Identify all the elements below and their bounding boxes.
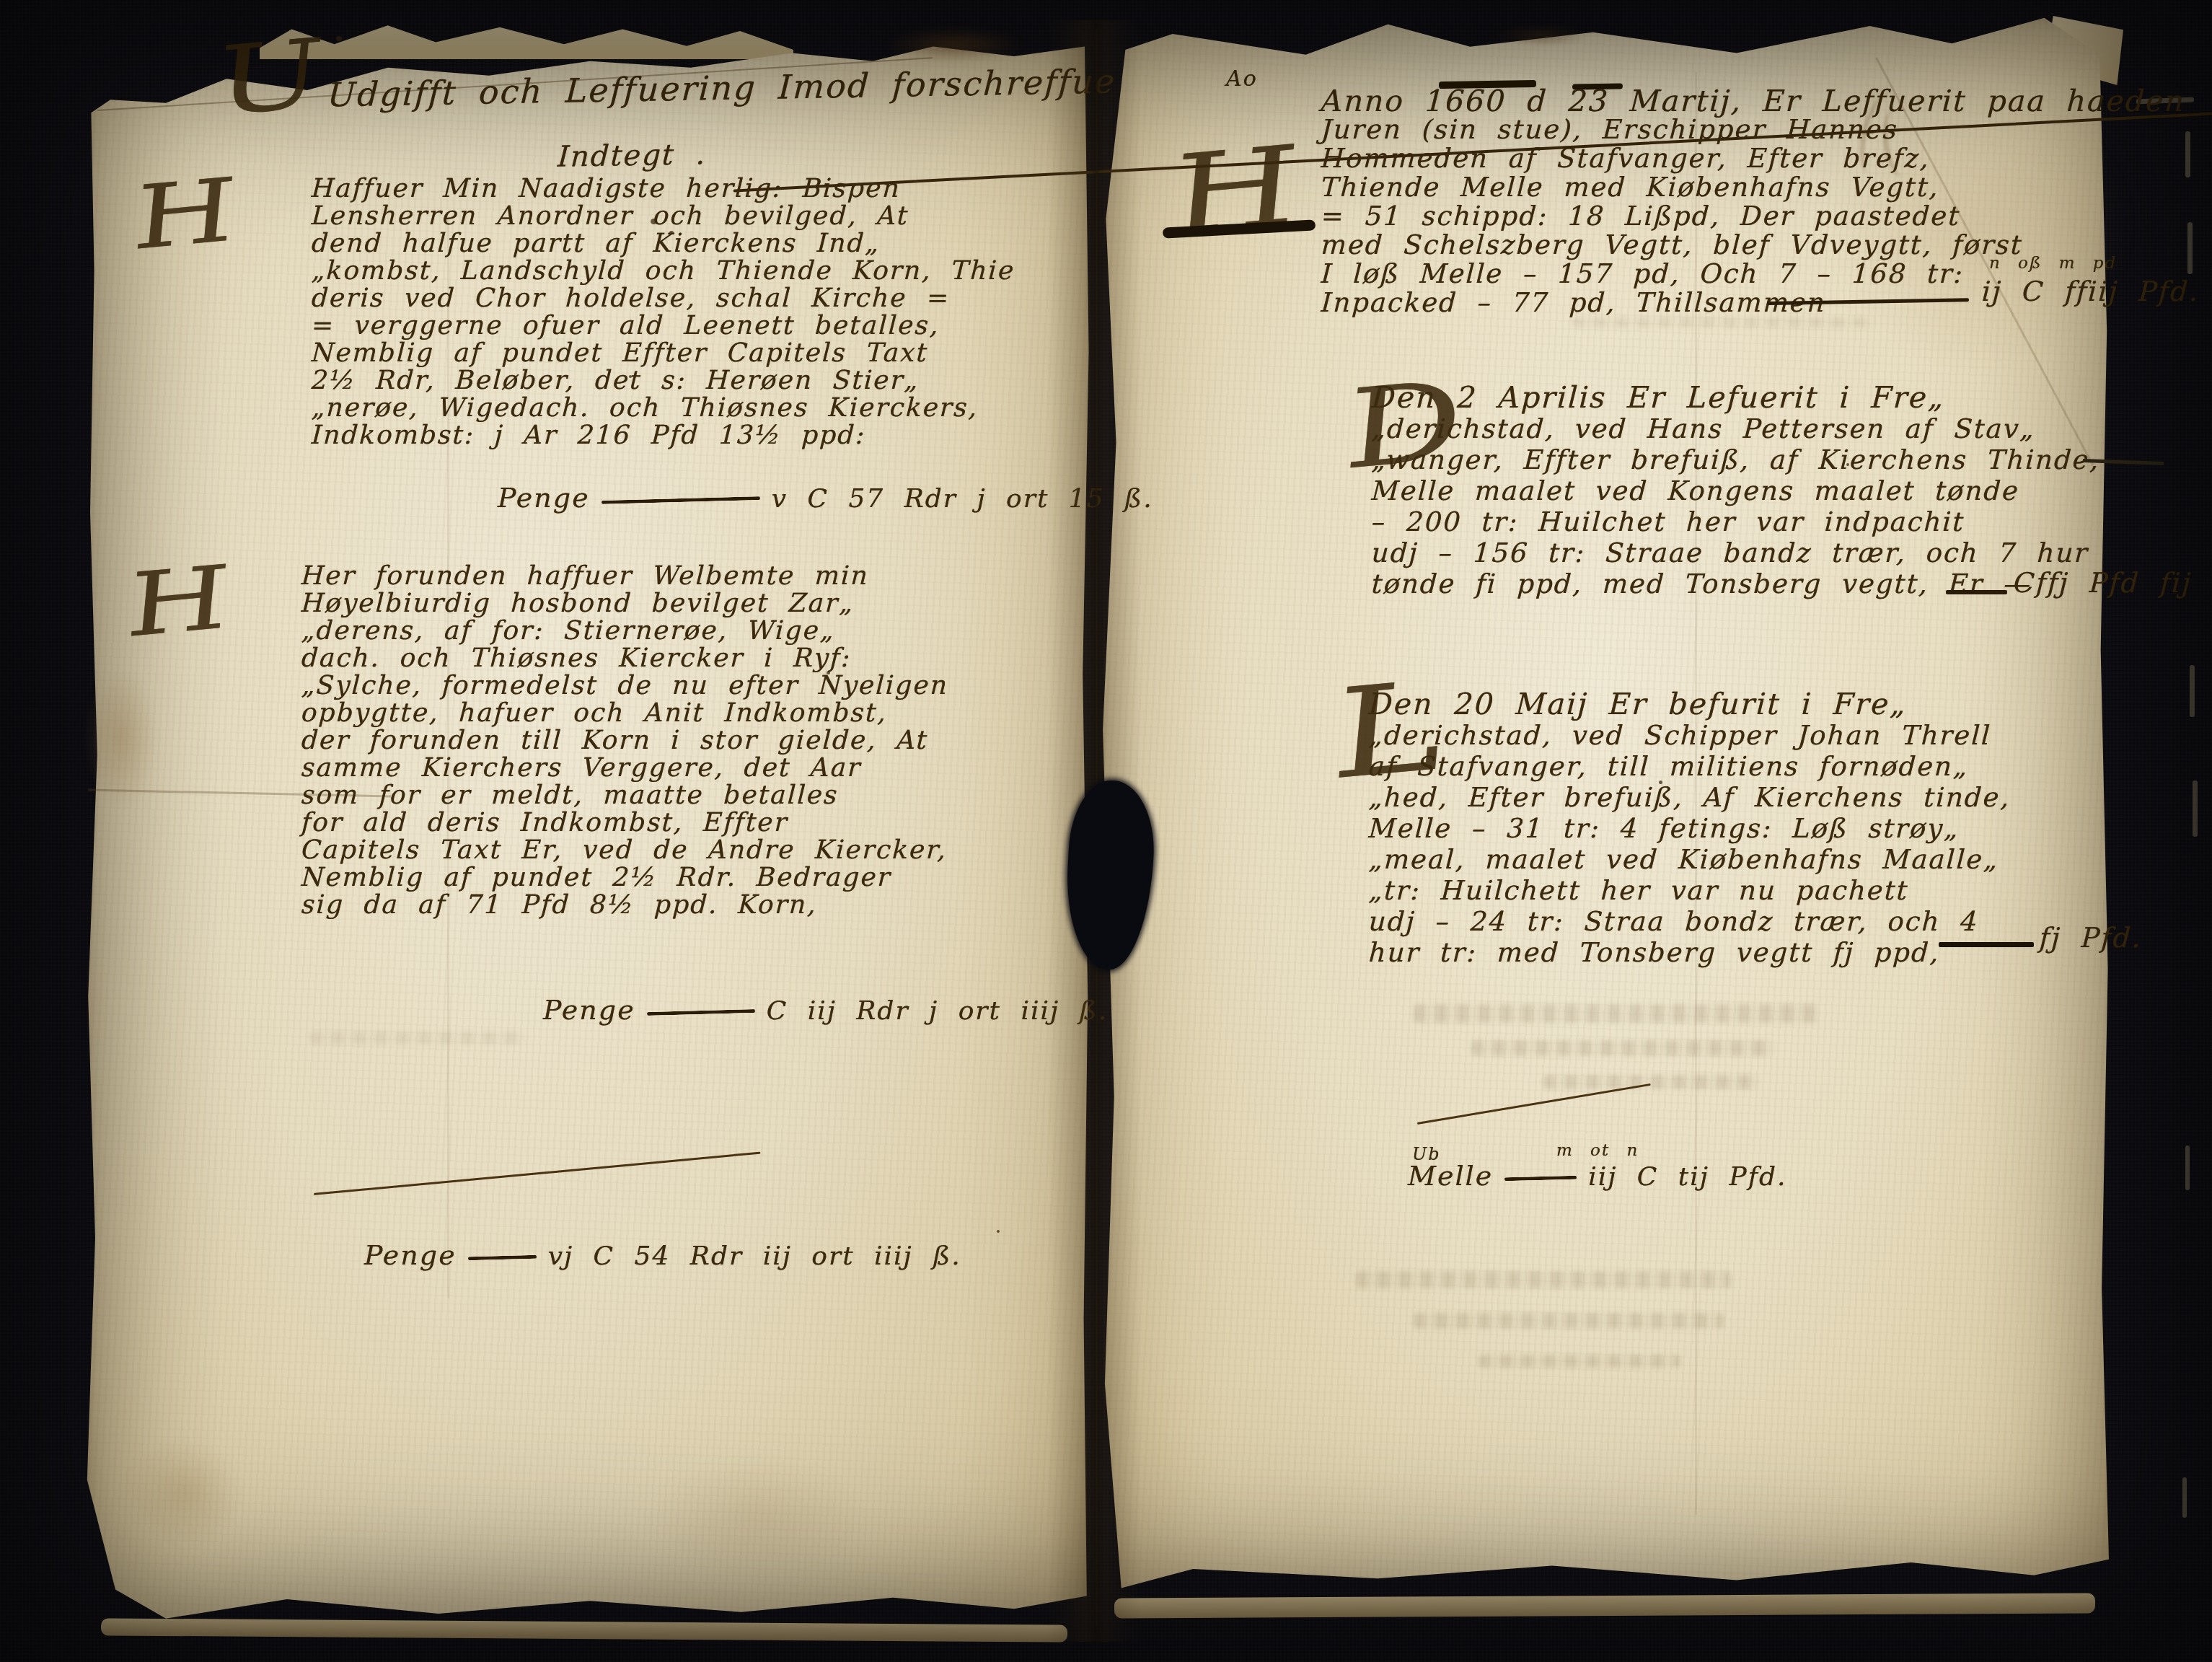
manuscript-line: med Schelszberg Vegtt, blef Vdveygtt, fø… [1321, 231, 2101, 260]
ink-blot [629, 375, 632, 378]
sum-row: Penge C iij Rdr j ort iiij ß. [543, 994, 1108, 1026]
manuscript-line: 2½ Rdr, Beløber, det s: Herøen Stier„ [311, 367, 889, 395]
binding-stitch-mark [2187, 222, 2193, 274]
manuscript-line: „tr: Huilchett her var nu pachett [1368, 875, 2163, 906]
flourish-initial: H [128, 167, 245, 263]
total-amount: fj Pfd. [2039, 922, 2143, 954]
manuscript-paragraph: Haffuer Min Naadigste herlig: BispenLens… [312, 175, 889, 449]
ink-blot [827, 671, 830, 674]
sum-dash [468, 1255, 537, 1260]
manuscript-line: Lensherren Anordner och bevilged, At [311, 203, 889, 230]
sum-row: Penge v C 57 Rdr j ort 15 ß. [498, 482, 1153, 514]
total-superscript: n oß m pd [1989, 254, 2117, 273]
manuscript-line: „derichstad, ved Schipper Johan Threll [1368, 720, 2163, 751]
manuscript-line: Anno 1660 d 23 Martij, Er Leffuerit paa … [1321, 87, 2101, 115]
manuscript-line: der forunden till Korn i stor gielde, At [301, 727, 894, 755]
sum-dash [602, 496, 760, 504]
ink-blot [1529, 183, 1533, 187]
total-amount: ij C ffiij Pfd. [1981, 276, 2200, 307]
manuscript-line: dend halfue partt af Kierckens Ind„ [311, 230, 889, 258]
ink-blot [669, 231, 674, 234]
manuscript-line: samme Kierchers Verggere, det Aar [301, 755, 894, 782]
sum-amount: iij C tij Pfd. [1588, 1162, 1786, 1192]
sum-label: Melle [1408, 1160, 1493, 1192]
manuscript-line: Thiende Melle med Kiøbenhafns Vegtt, [1321, 173, 2101, 202]
binding-stitch-mark [2193, 781, 2198, 837]
flourish-initial: H [121, 555, 239, 650]
sum-dash [1504, 1176, 1577, 1182]
binding-stitch-mark [2182, 1477, 2187, 1518]
ghost-bleedthrough [1356, 1271, 1731, 1288]
ghost-bleedthrough [1479, 1355, 1680, 1368]
manuscript-line: „nerøe, Wigedach. och Thiøsnes Kierckers… [311, 395, 889, 422]
manuscript-line: „derichstad, ved Hans Pettersen af Stav„ [1371, 413, 2151, 444]
binding-stitch-mark [2190, 665, 2195, 717]
photographed-book-spread: U Udgifft och Leffuering Imod forschreff… [0, 0, 2212, 1662]
manuscript-line: Melle – 31 tr: 4 fetings: Løß strøy„ [1368, 813, 2163, 844]
sum-row: Melle iij C tij Pfd. [1408, 1160, 1786, 1192]
manuscript-line: af Stafvanger, till militiens fornøden„ [1368, 751, 2163, 782]
manuscript-line: „hed, Efter brefuiß, Af Kierchens tinde, [1368, 782, 2163, 813]
ghost-bleedthrough [1543, 1075, 1760, 1089]
page-under-edge [1114, 1593, 2095, 1618]
ink-blot [651, 219, 657, 224]
sum-dash [647, 1009, 755, 1016]
ghost-bleedthrough [1471, 1040, 1774, 1056]
manuscript-line: sig da af 71 Pfd 8½ ppd. Korn, [301, 892, 894, 919]
sum-row: Penge vj C 54 Rdr iij ort iiij ß. [364, 1239, 961, 1271]
ghost-bleedthrough [310, 1032, 526, 1045]
manuscript-line: „wanger, Effter brefuiß, af Kierchens Th… [1371, 444, 2151, 475]
manuscript-line: for ald deris Indkombst, Effter [301, 809, 894, 837]
manuscript-line: Capitels Taxt Er, ved de Andre Kiercker, [301, 837, 894, 864]
manuscript-line: – 200 tr: Huilchet her var indpachit [1371, 506, 2151, 537]
ink-blot [1659, 781, 1662, 784]
manuscript-line: deris ved Chor holdelse, schal Kirche = [311, 285, 889, 312]
sum-label: Penge [498, 482, 590, 514]
sum-label: Penge [543, 994, 635, 1026]
ink-blot [1846, 463, 1849, 466]
ink-blot [336, 36, 342, 41]
manuscript-line: = 51 schippd: 18 Lißpd, Der paastedet [1321, 202, 2101, 231]
manuscript-line: dach. och Thiøsnes Kiercker i Ryf: [301, 645, 894, 672]
sum-amount: v C 57 Rdr j ort 15 ß. [772, 484, 1153, 514]
manuscript-line: Den 20 Maij Er befurit i Fre„ [1368, 689, 2163, 720]
manuscript-line: udj – 156 tr: Straae bandz trær, och 7 h… [1371, 537, 2151, 568]
manuscript-line: Den 2 Aprilis Er Lefuerit i Fre„ [1371, 382, 2151, 413]
ghost-bleedthrough [1572, 317, 1875, 327]
manuscript-line: „Sylche, formedelst de nu efter Nyeligen [301, 672, 894, 700]
manuscript-line: Haffuer Min Naadigste herlig: Bispen [311, 175, 889, 203]
manuscript-line: Høyelbiurdig hosbond bevilget Zar„ [301, 590, 894, 617]
manuscript-line: „kombst, Landschyld och Thiende Korn, Th… [311, 258, 889, 285]
manuscript-line: „derens, af for: Stiernerøe, Wige„ [301, 617, 894, 645]
ghost-bleedthrough [1414, 1004, 1817, 1023]
manuscript-line: som for er meldt, maatte betalles [301, 782, 894, 809]
anno-mark: Ao [1226, 66, 1258, 92]
manuscript-line: opbygtte, hafuer och Anit Indkombst, [301, 700, 894, 727]
manuscript-line: Her forunden haffuer Welbemte min [301, 563, 894, 590]
sum-amount: C iij Rdr j ort iiij ß. [767, 996, 1108, 1026]
ghost-bleedthrough [1414, 1313, 1724, 1329]
total-amount: Cffj Pfd fij ppd. [2013, 567, 2212, 599]
manuscript-line: „meal, maalet ved Kiøbenhafns Maalle„ [1368, 844, 2163, 875]
sum-dash [1946, 590, 2007, 594]
manuscript-line: = verggerne ofuer ald Leenett betalles, [311, 312, 889, 340]
binding-stitch-mark [2185, 1146, 2190, 1190]
manuscript-line: Nemblig af pundet Effter Capitels Taxt [311, 340, 889, 367]
manuscript-line: Nemblig af pundet 2½ Rdr. Bedrager [301, 864, 894, 892]
sum-amount: vj C 54 Rdr iij ort iiij ß. [548, 1241, 961, 1271]
manuscript-line: Juren (sin stue), Erschipper Hannes [1321, 115, 2101, 144]
ink-blot [997, 1230, 1000, 1233]
flourish-initial: U [209, 26, 332, 129]
sum-label: Penge [364, 1239, 457, 1271]
manuscript-paragraph: Her forunden haffuer Welbemte minHøyelbi… [301, 563, 893, 919]
sum-dash [1939, 942, 2034, 947]
total-superscript: m ot n [1556, 1141, 1639, 1160]
manuscript-line: Melle maalet ved Kongens maalet tønde [1371, 475, 2151, 506]
manuscript-line: Indkombst: j Ar 216 Pfd 13½ ppd: [311, 422, 889, 449]
page-under-edge [101, 1618, 1067, 1642]
manuscript-line: Hommeden af Stafvanger, Efter brefz, [1321, 144, 2101, 173]
